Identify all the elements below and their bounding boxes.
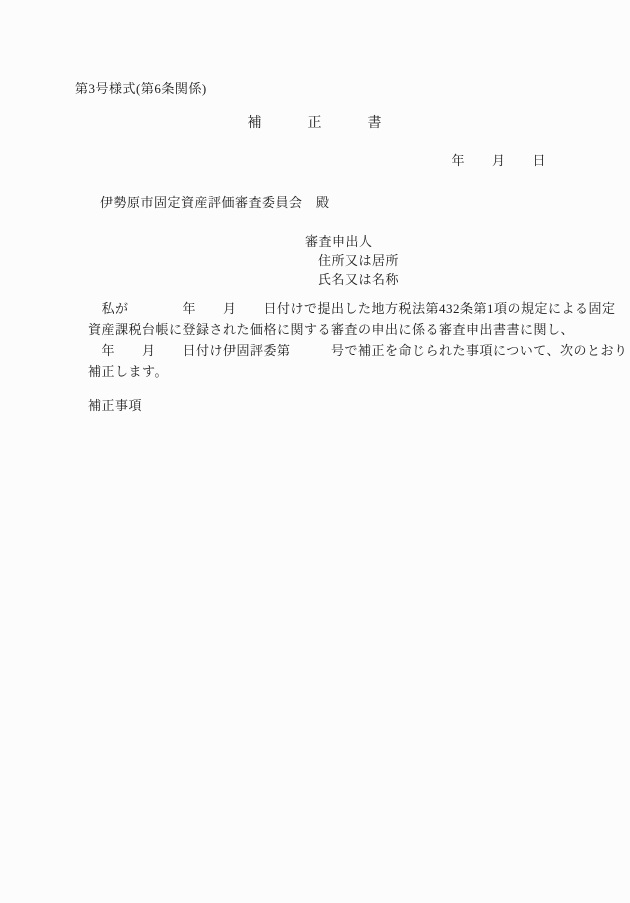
correction-items-heading: 補正事項: [88, 395, 142, 414]
appellant-address-label: 住所又は居所: [318, 250, 399, 269]
body-line-2: 資産課税台帳に登録された価格に関する審査の申出に係る審査申出書書に関し、: [88, 319, 598, 340]
body-line-1: 私が 年 月 日付けで提出した地方税法第432条第1項の規定による固定: [88, 298, 598, 319]
correction-form-page: 第3号様式(第6条関係) 補 正 書 年 月 日 伊勢原市固定資産評価審査委員会…: [0, 0, 630, 903]
appellant-name-label: 氏名又は名称: [318, 269, 399, 288]
body-paragraph: 私が 年 月 日付けで提出した地方税法第432条第1項の規定による固定 資産課税…: [88, 298, 598, 382]
body-line-4: 補正します。: [88, 361, 598, 382]
appellant-label: 審査申出人: [305, 231, 373, 250]
document-title: 補 正 書: [0, 112, 630, 132]
form-number: 第3号様式(第6条関係): [75, 78, 207, 97]
recipient-line: 伊勢原市固定資産評価審査委員会 殿: [100, 192, 330, 211]
date-line: 年 月 日: [451, 150, 546, 169]
body-line-3: 年 月 日付け伊固評委第 号で補正を命じられた事項について、次のとおり: [88, 340, 598, 361]
